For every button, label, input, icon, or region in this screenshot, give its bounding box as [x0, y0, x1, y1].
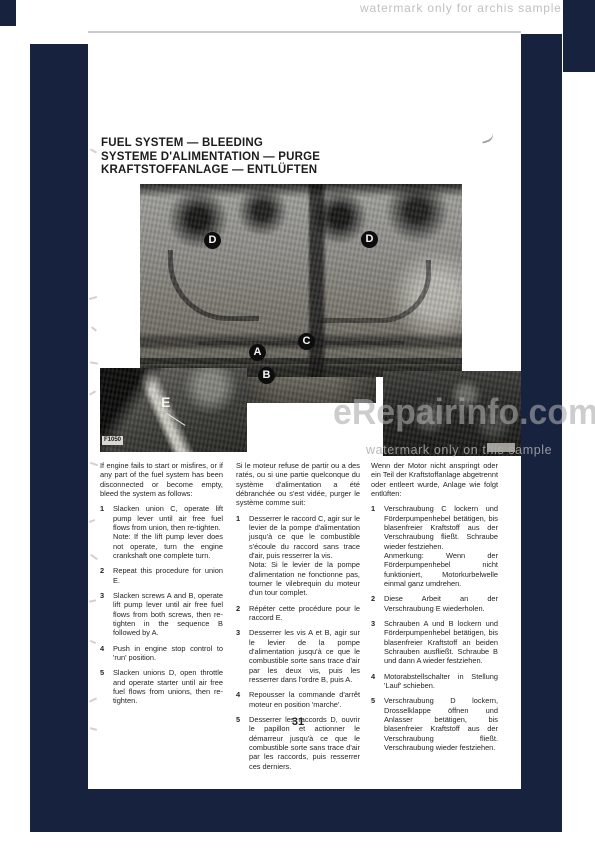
page-title: FUEL SYSTEM — BLEEDING SYSTEME D'ALIMENT… — [101, 137, 320, 178]
step-number: 1 — [100, 504, 104, 513]
photo-label-d2: D — [361, 231, 378, 248]
step-text: Push in engine stop control to 'run' pos… — [113, 644, 223, 662]
step-item: 5 Verschraubung D lockern, Drosselklappe… — [371, 696, 498, 752]
margin-mark — [89, 697, 97, 702]
step-number: 4 — [371, 672, 375, 681]
step-item: 4 Push in engine stop control to 'run' p… — [100, 644, 223, 663]
step-text: Motorabstellschalter in Stellung 'Lauf' … — [384, 672, 498, 690]
column-english: If engine fails to start or misfires, or… — [100, 461, 223, 712]
step-item: 3 Schrauben A und B lockern und Förderpu… — [371, 619, 498, 666]
margin-mark — [89, 519, 95, 523]
margin-mark — [90, 640, 96, 644]
step-number: 4 — [236, 690, 240, 699]
watermark-text: eRepairinfo.com — [333, 391, 595, 433]
margin-mark — [90, 361, 98, 364]
margin-mark — [90, 554, 98, 560]
title-line-english: FUEL SYSTEM — BLEEDING — [101, 137, 320, 151]
step-item: 1 Desserrer le raccord C, agir sur le le… — [236, 514, 360, 598]
margin-mark — [90, 462, 98, 467]
photo-label-d1: D — [204, 232, 221, 249]
step-text: Repeat this procedure for union E. — [113, 566, 223, 584]
step-item: 5 Slacken unions D, open throttle and op… — [100, 668, 223, 705]
step-text: Desserrer le raccord C, agir sur le levi… — [249, 514, 360, 560]
title-line-french: SYSTEME D'ALIMENTATION — PURGE — [101, 151, 320, 165]
intro-english: If engine fails to start or misfires, or… — [100, 461, 223, 498]
step-item: 1 Slacken union C, operate lift pump lev… — [100, 504, 223, 560]
step-item: 2 Répéter cette procédure pour le raccor… — [236, 604, 360, 623]
photo-label-a: A — [249, 344, 266, 361]
page-top-edge — [88, 31, 521, 33]
matting-top-left-corner — [0, 0, 16, 26]
step-number: 4 — [100, 644, 104, 653]
photo-label-c: C — [298, 333, 315, 350]
scanned-manual-page: FUEL SYSTEM — BLEEDING SYSTEME D'ALIMENT… — [0, 0, 595, 864]
step-item: 4 Motorabstellschalter in Stellung 'Lauf… — [371, 672, 498, 691]
step-number: 2 — [236, 604, 240, 613]
step-item: 4 Repousser la commande d'arrêt moteur e… — [236, 690, 360, 709]
step-note: Note: If the lift pump lever does not op… — [113, 532, 223, 560]
margin-mark — [91, 326, 97, 331]
step-text: Verschraubung C lockern und Förderpumpen… — [384, 504, 498, 550]
column-french: Si le moteur refuse de partir ou a des r… — [236, 461, 360, 777]
watermark-top-note: watermark only for archis sample — [360, 1, 562, 15]
step-number: 3 — [100, 591, 104, 600]
margin-mark — [90, 727, 97, 731]
page-number: 31 — [287, 716, 309, 728]
intro-german: Wenn der Motor nicht anspringt oder ein … — [371, 461, 498, 498]
step-number: 1 — [236, 514, 240, 523]
step-number: 2 — [371, 594, 375, 603]
step-item: 3 Desserrer les vis A et B, agir sur le … — [236, 628, 360, 684]
step-text: Slacken union C, operate lift pump lever… — [113, 504, 223, 532]
step-item: 2 Diese Arbeit an der Verschraubung E wi… — [371, 594, 498, 613]
intro-french: Si le moteur refuse de partir ou a des r… — [236, 461, 360, 508]
step-text: Schrauben A und B lockern und Förderpump… — [384, 619, 498, 665]
matting-left-band — [30, 44, 88, 832]
photo-label-b: B — [258, 367, 275, 384]
margin-mark — [89, 599, 96, 602]
matting-top-right-block — [563, 0, 595, 72]
step-number: 2 — [100, 566, 104, 575]
step-number: 5 — [100, 668, 104, 677]
step-text: Répéter cette procédure pour le raccord … — [249, 604, 360, 622]
photo-ref-tag: F1050 — [102, 436, 123, 445]
title-line-german: KRAFTSTOFFANLAGE — ENTLÜFTEN — [101, 164, 320, 178]
step-item: 1 Verschraubung C lockern und Förderpump… — [371, 504, 498, 588]
photo-label-e: E — [161, 394, 170, 410]
step-text: Verschraubung D lockern, Drosselklappe ö… — [384, 696, 498, 752]
step-item: 3 Slacken screws A and B, operate lift p… — [100, 591, 223, 638]
step-text: Slacken screws A and B, operate lift pum… — [113, 591, 223, 637]
step-note: Nota: Si le levier de la pompe d'aliment… — [249, 560, 360, 597]
step-text: Repousser la commande d'arrêt moteur en … — [249, 690, 360, 708]
step-item: 2 Repeat this procedure for union E. — [100, 566, 223, 585]
step-number: 3 — [236, 628, 240, 637]
matting-bottom-band — [30, 789, 562, 832]
step-text: Slacken unions D, open throttle and oper… — [113, 668, 223, 705]
step-number: 5 — [236, 715, 240, 724]
step-text: Diese Arbeit an der Verschraubung E wied… — [384, 594, 498, 612]
step-number: 5 — [371, 696, 375, 705]
column-german: Wenn der Motor nicht anspringt oder ein … — [371, 461, 498, 758]
margin-mark — [89, 296, 97, 300]
step-number: 1 — [371, 504, 375, 513]
pen-mark — [480, 131, 495, 144]
step-note: Anmerkung: Wenn der Förderpumpenhebel ni… — [384, 551, 498, 588]
margin-mark — [89, 390, 96, 395]
watermark-subtitle: watermark only on this sample — [366, 443, 552, 457]
step-number: 3 — [371, 619, 375, 628]
step-text: Desserrer les vis A et B, agir sur le le… — [249, 628, 360, 684]
margin-mark — [90, 148, 97, 153]
